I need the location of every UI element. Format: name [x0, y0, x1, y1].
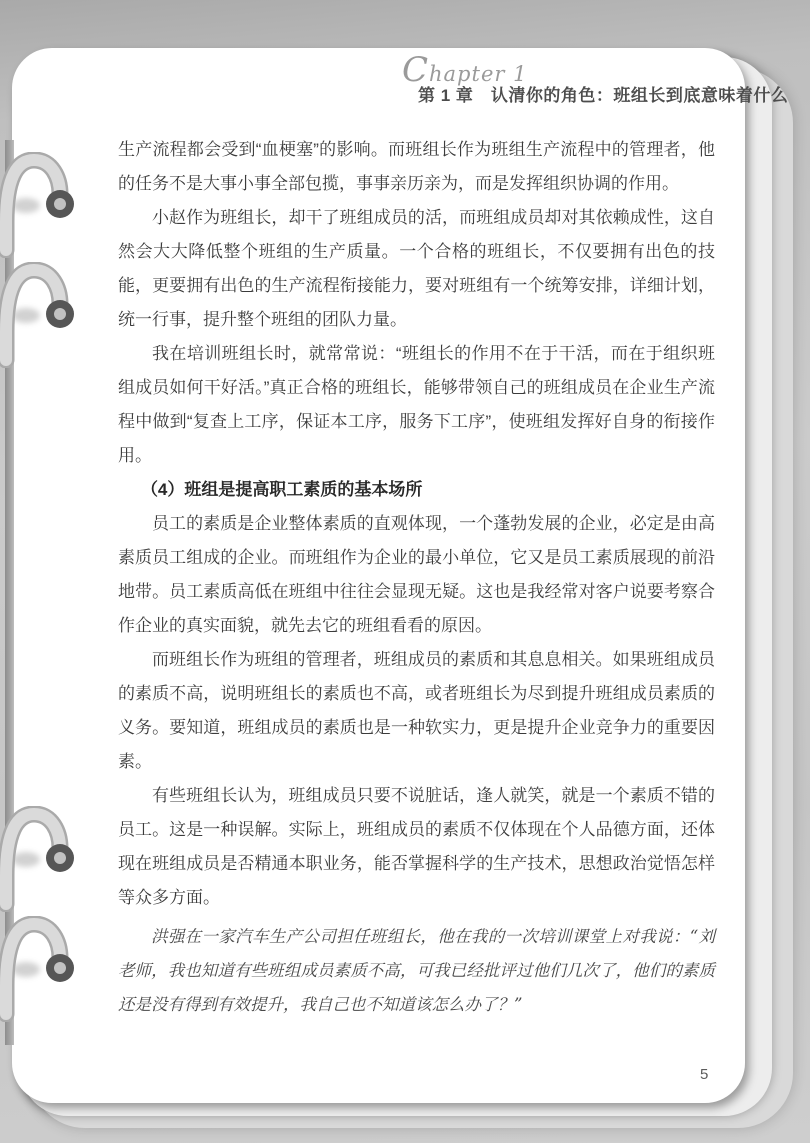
paragraph: 员工的素质是企业整体素质的直观体现，一个蓬勃发展的企业，必定是由高素质员工组成的… — [118, 507, 715, 643]
section-heading: （4）班组是提高职工素质的基本场所 — [118, 473, 715, 507]
paragraph: 而班组长作为班组的管理者，班组成员的素质和其息息相关。如果班组成员的素质不高，说… — [118, 643, 715, 779]
paragraph: 有些班组长认为，班组成员只要不说脏话，逢人就笑，就是一个素质不错的员工。这是一种… — [118, 779, 715, 915]
scanned-book-page-background: Chapter 1 第 1 章 认清你的角色：班组长到底意味着什么 生产流程都会… — [0, 0, 810, 1143]
chapter-header: Chapter 1 第 1 章 认清你的角色：班组长到底意味着什么 — [402, 50, 788, 106]
paragraph: 小赵作为班组长，却干了班组成员的活，而班组成员却对其依赖成性，这自然会大大降低整… — [118, 201, 715, 337]
page-body: 生产流程都会受到“血梗塞”的影响。而班组长作为班组生产流程中的管理者，他的任务不… — [118, 133, 715, 1022]
binder-ring-icon — [0, 806, 82, 912]
paragraph: 生产流程都会受到“血梗塞”的影响。而班组长作为班组生产流程中的管理者，他的任务不… — [118, 133, 715, 201]
binder-ring-icon — [0, 152, 82, 258]
paragraph: 我在培训班组长时，就常常说：“班组长的作用不在于干活，而在于组织班组成员如何干好… — [118, 337, 715, 473]
page-number: 5 — [700, 1066, 708, 1083]
chapter-title: 第 1 章 认清你的角色：班组长到底意味着什么 — [418, 81, 788, 106]
quote-paragraph: 洪强在一家汽车生产公司担任班组长，他在我的一次培训课堂上对我说：“刘老师，我也知… — [118, 920, 715, 1022]
binder-ring-icon — [0, 262, 82, 368]
binder-ring-icon — [0, 916, 82, 1022]
